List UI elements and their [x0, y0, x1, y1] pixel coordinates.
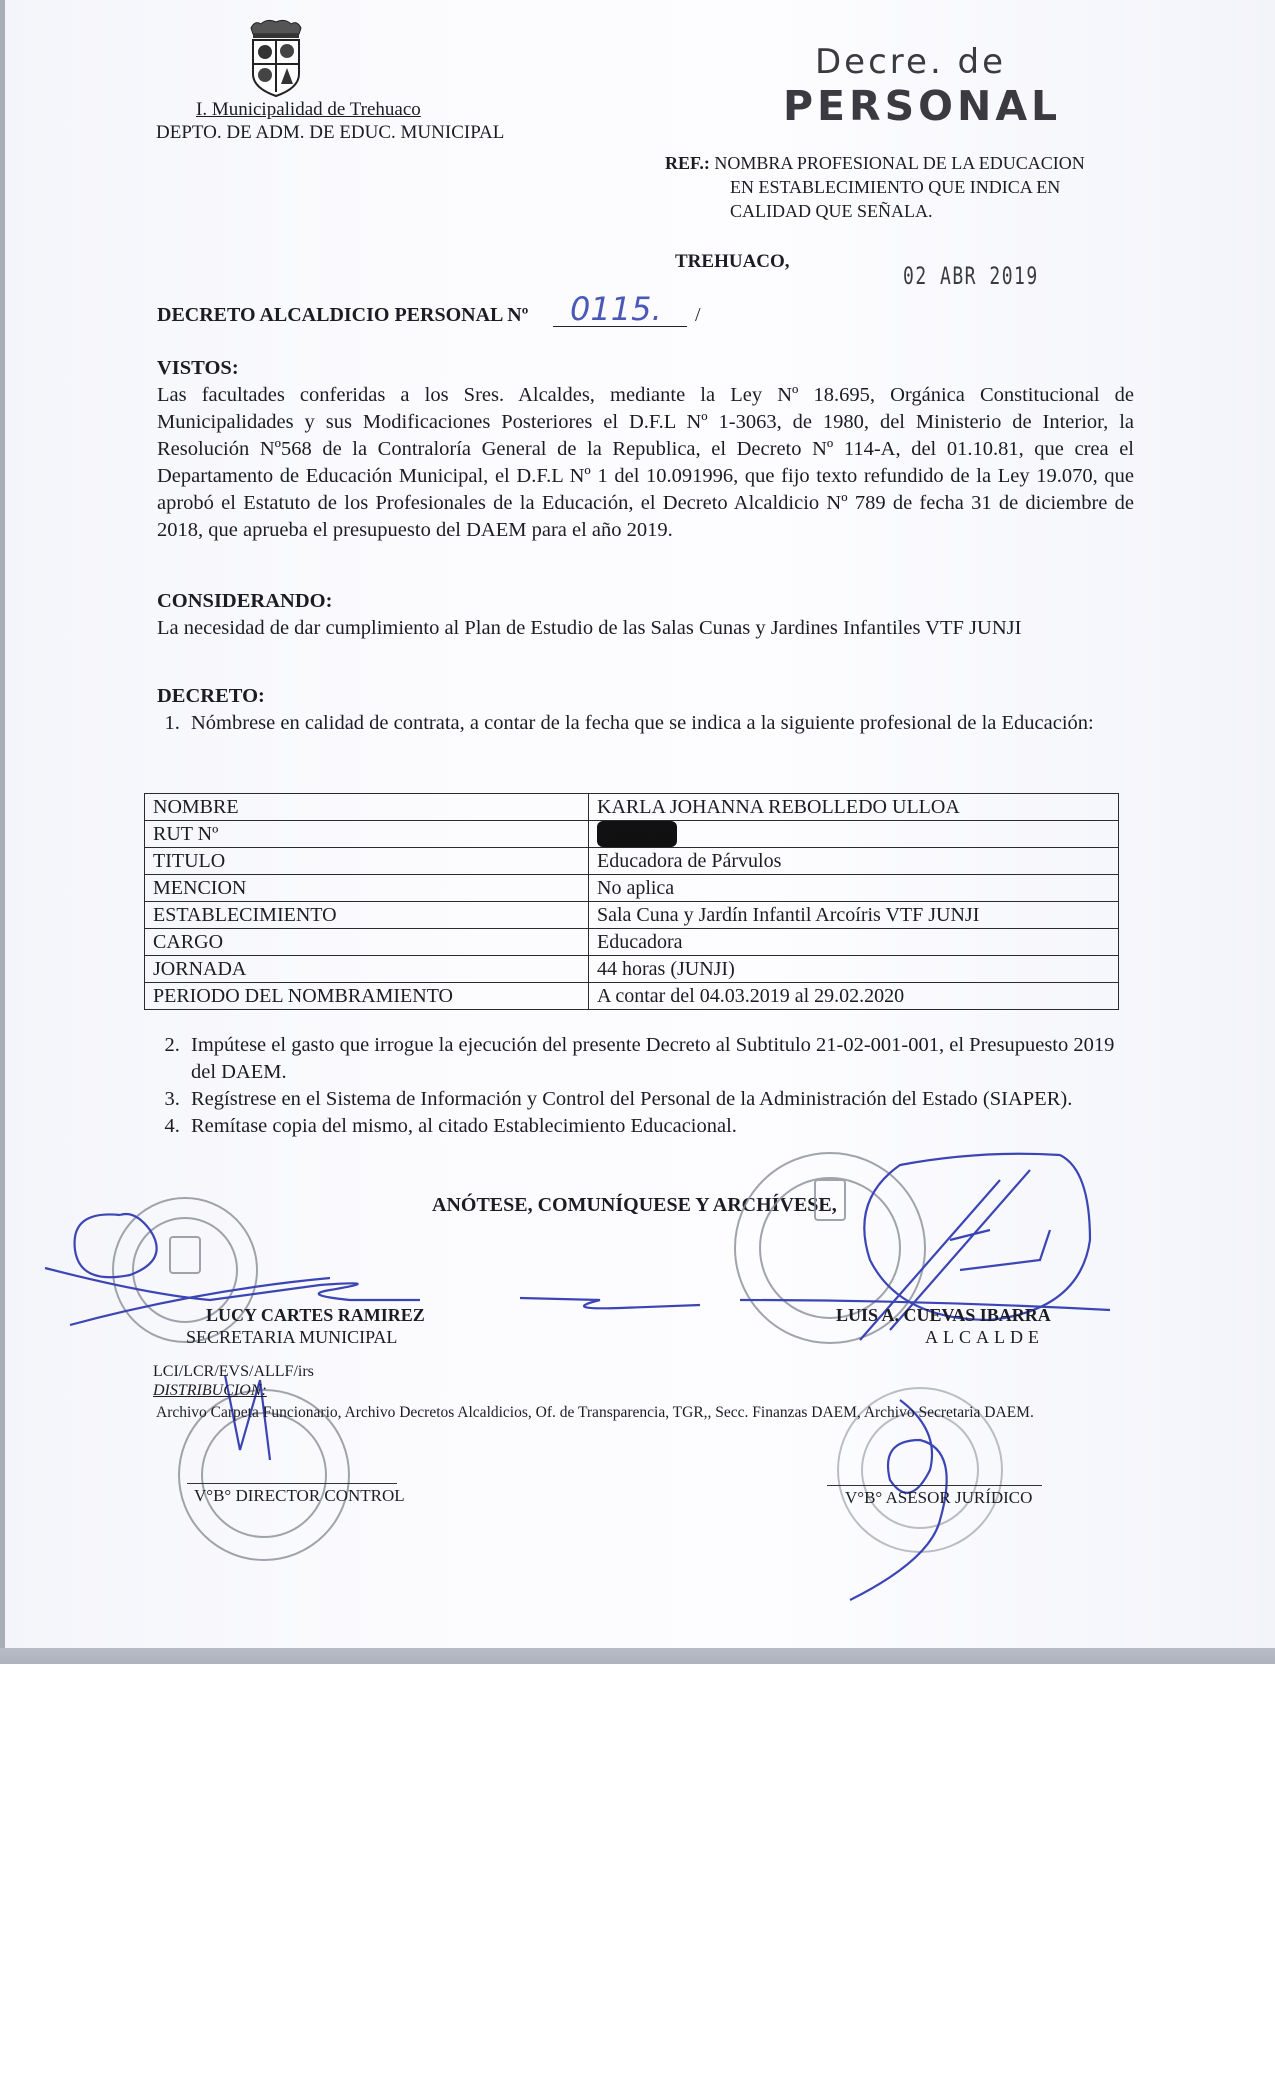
- row-value: Educadora: [589, 929, 1119, 956]
- ref-label: REF.:: [665, 153, 710, 173]
- date-stamp: 02 ABR 2019: [903, 262, 1039, 290]
- table-row: CARGOEducadora: [145, 929, 1119, 956]
- decreto-section: DECRETO: Nómbrese en calidad de contrata…: [157, 683, 1134, 737]
- municipality-name: I. Municipalidad de Trehuaco: [196, 99, 421, 121]
- row-value: 44 horas (JUNJI): [589, 956, 1119, 983]
- place: TREHUACO,: [675, 251, 790, 273]
- closing-formula: ANÓTESE, COMUNÍQUESE Y ARCHÍVESE,: [432, 1194, 837, 1217]
- row-label: TITULO: [145, 848, 589, 875]
- considerando-heading: CONSIDERANDO:: [157, 588, 1134, 615]
- appointment-table: NOMBREKARLA JOHANNA REBOLLEDO ULLOA RUT …: [144, 793, 1119, 1010]
- vistos-heading: VISTOS:: [157, 355, 1134, 382]
- row-label: RUT Nº: [145, 821, 589, 848]
- row-value: No aplica: [589, 875, 1119, 902]
- table-row: RUT Nº13306165: [145, 821, 1119, 848]
- decree-item-4: Remítase copia del mismo, al citado Esta…: [185, 1113, 1134, 1140]
- legal-signature-line: [827, 1485, 1042, 1486]
- ref-line: EN ESTABLECIMIENTO QUE INDICA EN: [665, 175, 1145, 199]
- scan-bottom-edge: [0, 1648, 1275, 1664]
- control-signature-line: [187, 1483, 397, 1484]
- decree-item-3: Regístrese en el Sistema de Información …: [185, 1086, 1134, 1113]
- row-value: Educadora de Párvulos: [589, 848, 1119, 875]
- mayor-role: ALCALDE: [925, 1327, 1044, 1348]
- vistos-section: VISTOS: Las facultades conferidas a los …: [157, 355, 1134, 544]
- initials: LCI/LCR/EVS/ALLF/irs: [153, 1363, 314, 1381]
- scan-border: [0, 0, 5, 1662]
- redacted-rut: 13306165: [597, 821, 677, 847]
- doc-type-stamp-line2: PERSONAL: [783, 82, 1061, 130]
- mayor-name: LUIS A. CUEVAS IBARRA: [836, 1305, 1051, 1326]
- reference-block: REF.: NOMBRA PROFESIONAL DE LA EDUCACION…: [665, 151, 1145, 223]
- row-label: NOMBRE: [145, 794, 589, 821]
- ref-line: CALIDAD QUE SEÑALA.: [665, 199, 1145, 223]
- table-row: PERIODO DEL NOMBRAMIENTOA contar del 04.…: [145, 983, 1119, 1010]
- decree-item-1: Nómbrese en calidad de contrata, a conta…: [185, 710, 1134, 737]
- decree-number-label: DECRETO ALCALDICIO PERSONAL Nº: [157, 304, 528, 327]
- secretary-role: SECRETARIA MUNICIPAL: [186, 1327, 397, 1348]
- decree-number-handwritten: 0115.: [570, 290, 662, 328]
- vistos-text: Las facultades conferidas a los Sres. Al…: [157, 382, 1134, 544]
- row-label: CARGO: [145, 929, 589, 956]
- considerando-section: CONSIDERANDO: La necesidad de dar cumpli…: [157, 588, 1134, 642]
- doc-type-stamp-line1: Decre. de: [815, 42, 1006, 82]
- considerando-text: La necesidad de dar cumplimiento al Plan…: [157, 615, 1134, 642]
- distribution-list: Archivo Carpeta Funcionario, Archivo Dec…: [156, 1404, 1034, 1422]
- decree-item-2: Impútese el gasto que irrogue la ejecuci…: [185, 1032, 1134, 1086]
- municipal-crest-icon: [245, 18, 307, 98]
- decree-items: Impútese el gasto que irrogue la ejecuci…: [157, 1032, 1134, 1140]
- table-row: ESTABLECIMIENTOSala Cuna y Jardín Infant…: [145, 902, 1119, 929]
- table-row: MENCIONNo aplica: [145, 875, 1119, 902]
- table-row: TITULOEducadora de Párvulos: [145, 848, 1119, 875]
- decree-number-slash: /: [695, 304, 701, 327]
- row-value: Sala Cuna y Jardín Infantil Arcoíris VTF…: [589, 902, 1119, 929]
- ref-line: NOMBRA PROFESIONAL DE LA EDUCACION: [714, 153, 1084, 173]
- decreto-heading: DECRETO:: [157, 683, 1134, 710]
- row-label: JORNADA: [145, 956, 589, 983]
- secretary-name: LUCY CARTES RAMIREZ: [206, 1305, 425, 1326]
- row-value: 13306165: [589, 821, 1119, 848]
- row-label: MENCION: [145, 875, 589, 902]
- row-label: ESTABLECIMIENTO: [145, 902, 589, 929]
- table-row: NOMBREKARLA JOHANNA REBOLLEDO ULLOA: [145, 794, 1119, 821]
- distribution-heading: DISTRIBUCION:: [153, 1382, 267, 1400]
- legal-approval: V°B° ASESOR JURÍDICO: [845, 1488, 1032, 1508]
- row-value: KARLA JOHANNA REBOLLEDO ULLOA: [589, 794, 1119, 821]
- department-name: DEPTO. DE ADM. DE EDUC. MUNICIPAL: [156, 122, 504, 144]
- control-approval: V°B° DIRECTOR CONTROL: [194, 1486, 405, 1506]
- table-row: JORNADA44 horas (JUNJI): [145, 956, 1119, 983]
- row-label: PERIODO DEL NOMBRAMIENTO: [145, 983, 589, 1010]
- row-value: A contar del 04.03.2019 al 29.02.2020: [589, 983, 1119, 1010]
